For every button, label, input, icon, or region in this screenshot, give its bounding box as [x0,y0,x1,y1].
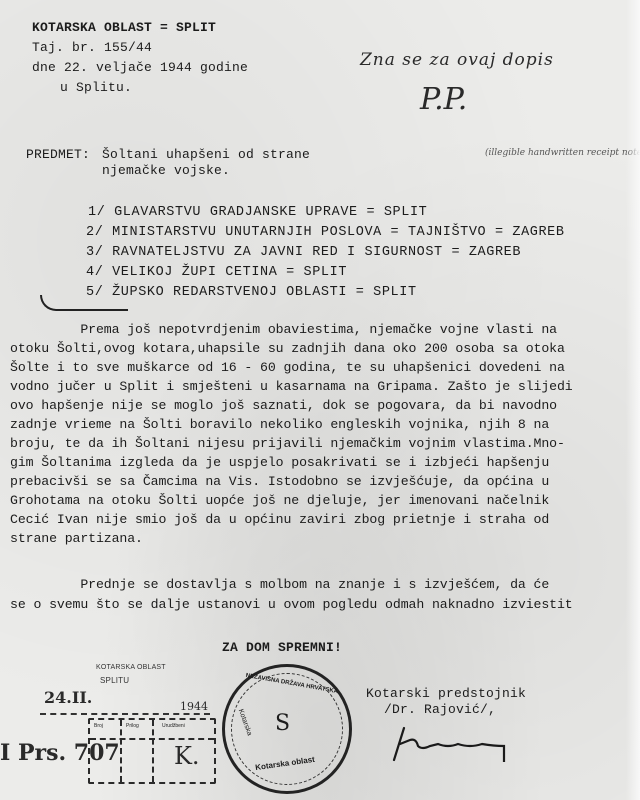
registry-table-column-divider [152,720,154,782]
registry-received-date: 24.II. [44,688,92,707]
body-line: Prema još nepotvrdjenim obaviestima, nje… [10,322,557,337]
reference-number: Taj. br. 155/44 [32,40,152,55]
date-line: dne 22. veljače 1944 godine [32,60,248,75]
registry-column-label: Urudžbeni [162,723,185,729]
body-line: Grohotama na otoku Šolti uopće još ne dj… [10,493,549,508]
registry-year: 1944 [180,700,208,713]
registry-stamp-divider [40,713,210,715]
scanned-document-page: KOTARSKA OBLAST = SPLIT Taj. br. 155/44 … [0,0,640,800]
paper-edge [626,0,640,800]
body-line: ovo hapšenje nije se moglo još saznati, … [10,398,557,413]
handwritten-signature [386,722,516,762]
closing-line: Prednje se dostavlja s molbom na znanje … [10,577,549,592]
round-stamp-emblem: S [275,711,290,736]
office-heading: KOTARSKA OBLAST = SPLIT [32,20,216,35]
registry-column-label: Broj [94,723,103,729]
handwritten-note: Zna se za ovaj dopis [360,50,554,70]
official-round-stamp: NEZAVISNA DRŽAVA HRVATSKA Kotarska Kotar… [222,664,352,794]
subject-line-2: njemačke vojske. [102,163,230,178]
signatory-name: /Dr. Rajović/, [384,702,496,717]
registry-table-column-divider [120,720,122,782]
signatory-title: Kotarski predstojnik [366,686,526,701]
subject-line-1: Šoltani uhapšeni od strane [102,147,310,162]
place-line: u Splitu. [60,80,132,95]
recipient-3: 3/ RAVNATELJSTVU ZA JAVNI RED I SIGURNOS… [86,245,521,260]
body-line: strane partizana. [10,531,143,546]
registry-column-label: Prilog [126,723,139,729]
subject-label: PREDMET: [26,147,90,162]
salutation: ZA DOM SPREMNI! [222,640,342,655]
body-line: otoku Šolti,ovog kotara,uhapsile su zadn… [10,341,565,356]
handwritten-underline-mark [40,295,128,311]
closing-line: se o svemu što se dalje ustanovi u ovom … [10,597,573,612]
registry-stamp-city: SPLITU [100,676,129,685]
handwritten-initials: P.P. [420,82,467,117]
registry-stamp-office: KOTARSKA OBLAST [96,664,166,671]
body-line: zadnje vrieme na Šolti boravilo nekoliko… [10,417,549,432]
body-line: Šolte i to sve muškarce od 16 - 60 godin… [10,360,565,375]
body-line: vodno jučer u Split i smješteni u kasarn… [10,379,573,394]
recipient-1: 1/ GLAVARSTVU GRADJANSKE UPRAVE = SPLIT [88,205,427,220]
body-line: broju, te da ih Šoltani nijesu prijavili… [10,436,565,451]
body-line: gim Šoltanima izgleda da je uspjelo posa… [10,455,549,470]
handwritten-receipt-note: (illegible handwritten receipt note) [485,148,640,158]
body-line: prebacivši se sa Čamcima na Vis. Istodob… [10,474,549,489]
registry-mark: K. [174,742,200,770]
body-line: Cecić Ivan nije smio još da u općinu zav… [10,512,549,527]
recipient-4: 4/ VELIKOJ ŽUPI CETINA = SPLIT [86,265,347,280]
recipient-5: 5/ ŽUPSKO REDARSTVENOJ OBLASTI = SPLIT [86,285,417,300]
recipient-2: 2/ MINISTARSTVU UNUTARNJIH POSLOVA = TAJ… [86,225,565,240]
registry-filing-number: I Prs. 707 [0,740,120,766]
